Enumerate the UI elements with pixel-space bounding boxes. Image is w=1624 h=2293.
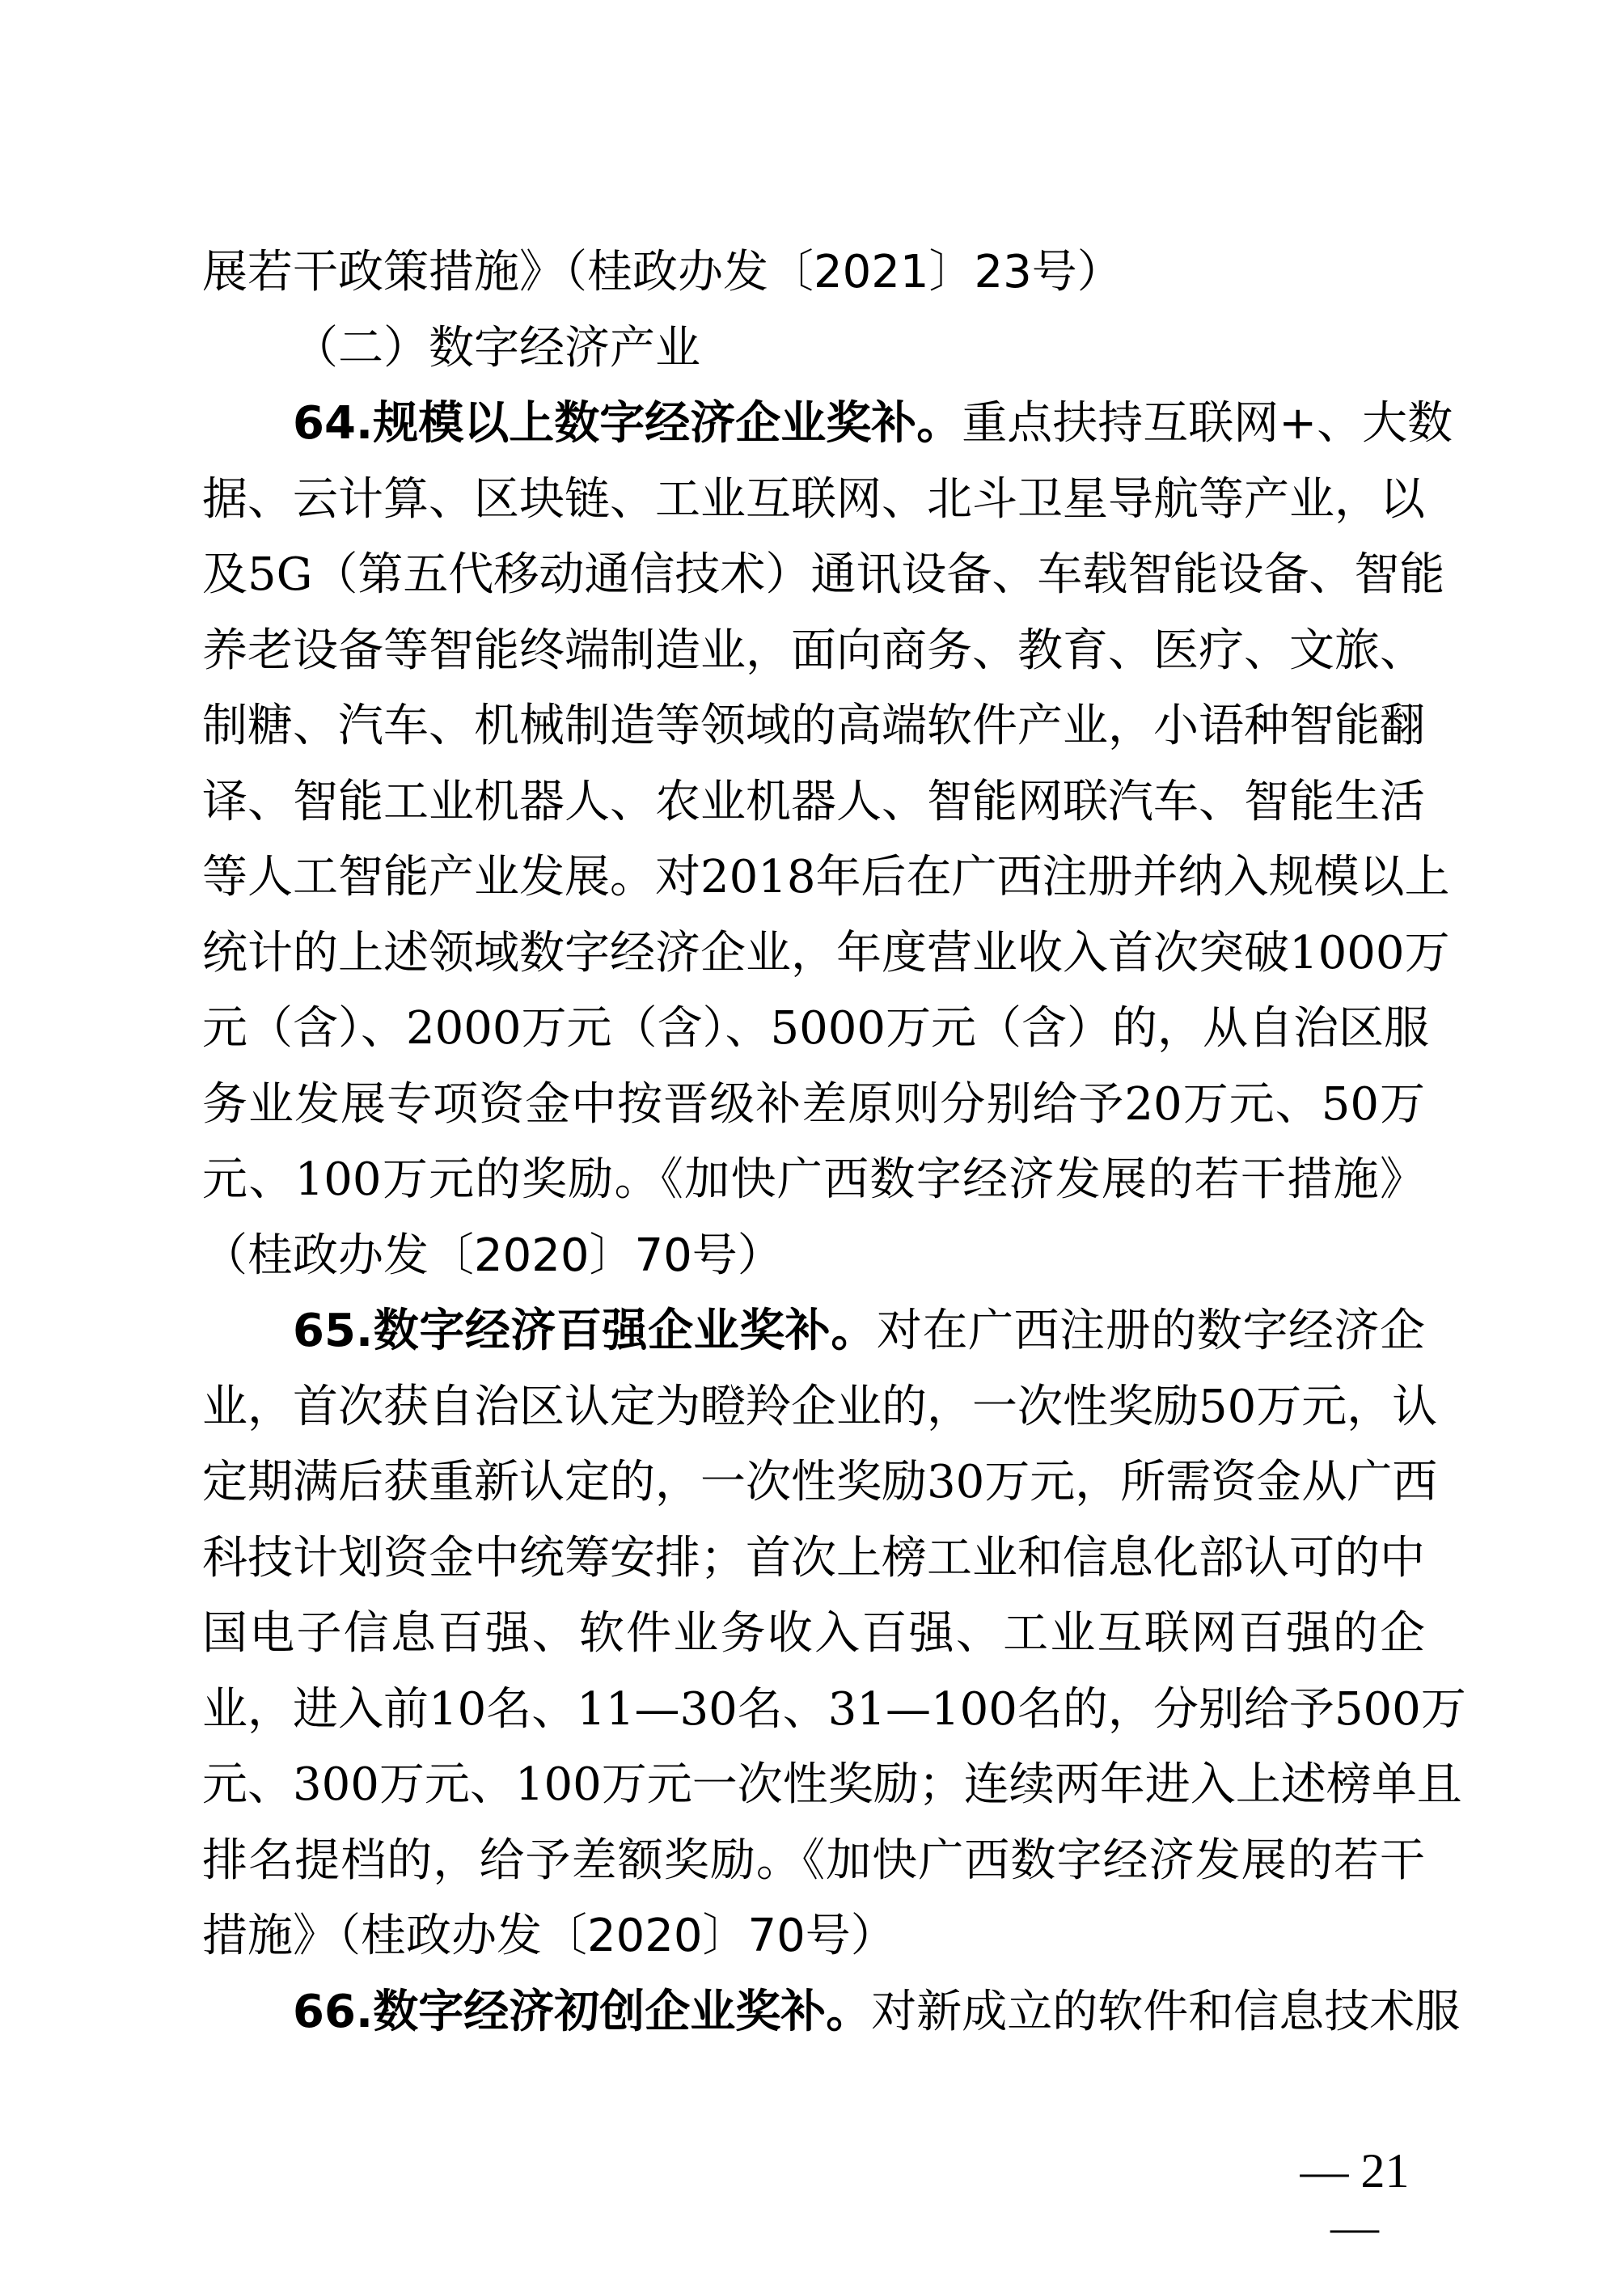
paragraph-text: 元（含）、2000万元（含）、5000万元（含）的，从自治区服	[202, 1002, 1429, 1055]
text-line: 展若干政策措施》（桂政办发〔2021〕23号）	[202, 235, 1425, 311]
text-line: 元、300万元、100万元一次性奖励；连续两年进入上述榜单且	[202, 1747, 1425, 1823]
item-title-66: 66.数字经济初创企业奖补。	[293, 1986, 871, 2038]
text-line: 排名提档的，给予差额奖励。《加快广西数字经济发展的若干	[202, 1823, 1425, 1899]
text-line: 元、100万元的奖励。《加快广西数字经济发展的若干措施》	[202, 1142, 1425, 1218]
text-line: 统计的上述领域数字经济企业，年度营业收入首次突破1000万	[202, 916, 1425, 992]
item-title-64: 64.规模以上数字经济企业奖补。	[293, 397, 962, 450]
paragraph-text: 科技计划资金中统筹安排；首次上榜工业和信息化部认可的中	[202, 1532, 1425, 1584]
document-citation: 《加快广西数字经济发展的若干	[802, 1834, 1425, 1887]
text-line: 等人工智能产业发展。对2018年后在广西注册并纳入规模以上	[202, 840, 1425, 916]
text-line: 务业发展专项资金中按晋级补差原则分别给予20万元、50万	[202, 1067, 1425, 1143]
page-number: — 21 —	[1282, 2143, 1427, 2255]
paragraph-text: 元、300万元、100万元一次性奖励；连续两年进入上述榜单且	[202, 1758, 1462, 1811]
text-line: 业，进入前10名、11—30名、31—100名的，分别给予500万	[202, 1672, 1425, 1748]
paragraph-text: 业，进入前10名、11—30名、31—100名的，分别给予500万	[202, 1683, 1466, 1736]
text-line: 科技计划资金中统筹安排；首次上榜工业和信息化部认可的中	[202, 1521, 1425, 1597]
paragraph-text: 元、100万元的奖励。	[202, 1153, 661, 1206]
paragraph-text: 制糖、汽车、机械制造等领域的高端软件产业，小语种智能翻	[202, 700, 1425, 752]
text-line: 元（含）、2000万元（含）、5000万元（含）的，从自治区服	[202, 991, 1425, 1067]
text-line: 译、智能工业机器人、农业机器人、智能网联汽车、智能生活	[202, 764, 1425, 840]
text-line: 业，首次获自治区认定为瞪羚企业的，一次性奖励50万元，认	[202, 1369, 1425, 1445]
paragraph-text: 养老设备等智能终端制造业，面向商务、教育、医疗、文旅、	[202, 624, 1425, 677]
document-citation: 展若干政策措施》（桂政办发〔2021〕23号）	[202, 246, 1123, 298]
document-citation: （桂政办发〔2020〕70号）	[202, 1229, 783, 1282]
paragraph-text: 统计的上述领域数字经济企业，年度营业收入首次突破1000万	[202, 927, 1450, 979]
section-heading-text: （二）数字经济产业	[293, 322, 700, 374]
text-line: 据、云计算、区块链、工业互联网、北斗卫星导航等产业，以	[202, 462, 1425, 538]
paragraph-text: 业，首次获自治区认定为瞪羚企业的，一次性奖励50万元，认	[202, 1381, 1437, 1433]
paragraph-text: 等人工智能产业发展。对2018年后在广西注册并纳入规模以上	[202, 851, 1450, 903]
paragraph-text: 及5G（第五代移动通信技术）通讯设备、车载智能设备、智能	[202, 548, 1444, 601]
item-heading-line: 66.数字经济初创企业奖补。对新成立的软件和信息技术服	[202, 1974, 1425, 2050]
document-page: 展若干政策措施》（桂政办发〔2021〕23号） （二）数字经济产业 64.规模以…	[0, 0, 1624, 2293]
item-title-65: 65.数字经济百强企业奖补。	[293, 1305, 877, 1357]
document-citation: 《加快广西数字经济发展的若干措施》	[661, 1153, 1425, 1206]
item-body-text: 对在广西注册的数字经济企	[877, 1305, 1425, 1357]
section-heading: （二）数字经济产业	[202, 311, 1425, 387]
paragraph-text: 据、云计算、区块链、工业互联网、北斗卫星导航等产业，以	[202, 473, 1425, 526]
text-line: 养老设备等智能终端制造业，面向商务、教育、医疗、文旅、	[202, 613, 1425, 689]
item-heading-line: 64.规模以上数字经济企业奖补。重点扶持互联网+、大数	[202, 386, 1425, 462]
text-line: 制糖、汽车、机械制造等领域的高端软件产业，小语种智能翻	[202, 688, 1425, 764]
paragraph-text: 定期满后获重新认定的，一次性奖励30万元，所需资金从广西	[202, 1456, 1437, 1508]
text-line: 措施》（桂政办发〔2020〕70号）	[202, 1898, 1425, 1974]
text-line: 定期满后获重新认定的，一次性奖励30万元，所需资金从广西	[202, 1445, 1425, 1521]
document-citation: 措施》（桂政办发〔2020〕70号）	[202, 1910, 896, 1962]
paragraph-text: 国电子信息百强、软件业务收入百强、工业互联网百强的企	[202, 1607, 1425, 1660]
text-line: 国电子信息百强、软件业务收入百强、工业互联网百强的企	[202, 1596, 1425, 1672]
paragraph-text: 务业发展专项资金中按晋级补差原则分别给予20万元、50万	[202, 1078, 1425, 1131]
item-heading-line: 65.数字经济百强企业奖补。对在广西注册的数字经济企	[202, 1293, 1425, 1369]
paragraph-text: 译、智能工业机器人、农业机器人、智能网联汽车、智能生活	[202, 776, 1425, 828]
body-text: 展若干政策措施》（桂政办发〔2021〕23号） （二）数字经济产业 64.规模以…	[202, 235, 1425, 2050]
text-line: （桂政办发〔2020〕70号）	[202, 1218, 1425, 1294]
item-body-text: 对新成立的软件和信息技术服	[871, 1986, 1460, 2038]
text-line: 及5G（第五代移动通信技术）通讯设备、车载智能设备、智能	[202, 537, 1425, 613]
paragraph-text: 排名提档的，给予差额奖励。	[202, 1834, 802, 1887]
item-body-text: 重点扶持互联网+、大数	[962, 397, 1453, 450]
